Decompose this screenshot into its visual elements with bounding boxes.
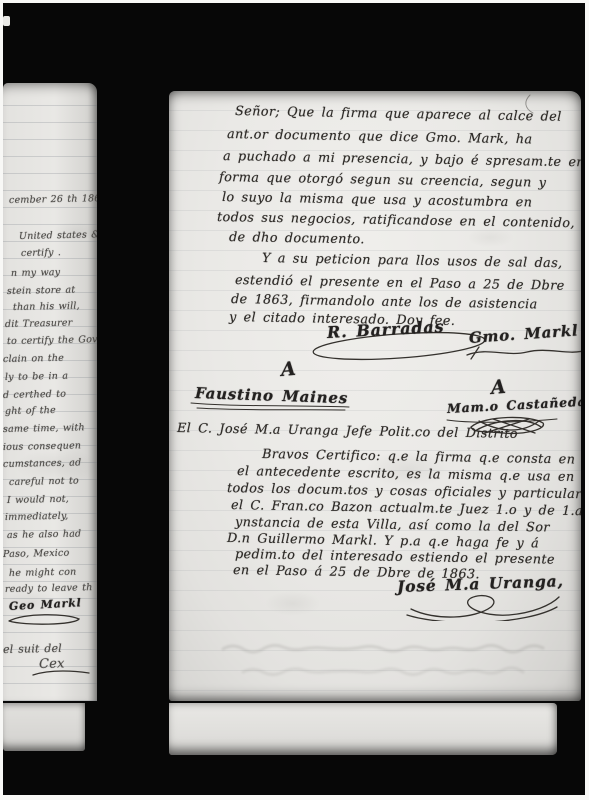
handwritten-line: el suit del	[3, 642, 62, 656]
handwritten-line: lo suyo la misma que usa y acostumbra en	[222, 190, 533, 210]
handwritten-line: same time, with	[3, 422, 85, 435]
handwritten-line: clain on the	[3, 353, 64, 365]
scanner-background: cember 26 th 1863,United states &certify…	[3, 3, 585, 795]
handwritten-line: n my way	[11, 267, 61, 279]
document-page: Señor; Que la firma que aparece al calce…	[169, 91, 581, 701]
handwritten-line: Y a su peticion para llos usos de sal da…	[262, 251, 563, 271]
handwritten-line: Señor; Que la firma que aparece al calce…	[235, 104, 562, 125]
handwritten-line: ready to leave th	[5, 582, 93, 595]
handwritten-line: de 1863, firmandolo ante los de asistenc…	[231, 292, 538, 312]
underline-castaneda	[445, 415, 560, 425]
left-page-edge: cember 26 th 1863,United states &certify…	[3, 83, 97, 701]
handwritten-line: he might con	[9, 567, 77, 579]
handwritten-line: cember 26 th 1863,	[9, 193, 97, 206]
next-page-edge	[169, 703, 557, 755]
handwritten-line: cumstances, ad	[3, 457, 81, 470]
handwritten-line: Gmo. Markl	[468, 321, 579, 347]
handwritten-line: Paso, Mexico	[3, 548, 70, 560]
handwritten-line: forma que otorgó segun su creencia, segu…	[219, 170, 547, 191]
handwritten-line: Faustino Maines	[195, 384, 349, 407]
handwritten-line: todos sus negocios, ratificandose en el …	[217, 210, 575, 231]
handwritten-line: ious consequen	[3, 440, 81, 453]
handwritten-line: than his will,	[13, 301, 80, 313]
handwritten-line: stein store at	[7, 285, 76, 297]
handwritten-line: de dho documento.	[229, 230, 365, 247]
film-notch	[3, 16, 10, 26]
handwritten-line: estendió el presente en el Paso a 25 de …	[235, 273, 565, 294]
handwritten-line: Geo Markl	[9, 596, 82, 613]
scanned-document: cember 26 th 1863,United states &certify…	[0, 0, 589, 800]
handwritten-line: I would not,	[7, 494, 69, 506]
handwritten-line: dit Treasurer	[5, 318, 73, 330]
ink-bleed-through	[241, 665, 541, 679]
ink-bleed-through	[221, 641, 561, 657]
handwritten-line: United states &	[19, 229, 97, 242]
handwritten-line: careful not to	[9, 476, 79, 488]
handwritten-line: to certify the Gov	[7, 334, 97, 347]
handwritten-line: as he also had	[7, 528, 82, 541]
handwritten-line: ant.or documento que dice Gmo. Mark, ha	[227, 127, 533, 147]
handwritten-line: ght of the	[5, 405, 56, 417]
handwritten-line: Mam.o Castañeda	[447, 394, 581, 416]
rubric-flourish-markl	[463, 345, 581, 361]
handwritten-line: immediately,	[5, 511, 69, 523]
handwritten-line: ly to be in a	[5, 371, 68, 383]
handwritten-line: A	[490, 376, 507, 399]
handwritten-line: A	[280, 358, 297, 381]
handwritten-line: a puchado a mi presencia, y bajo é spres…	[223, 149, 581, 170]
handwritten-line: Cex	[39, 656, 65, 672]
signature-flourish	[5, 611, 85, 627]
handwritten-line: El C. José M.a Uranga Jefe Polit.co del …	[177, 421, 518, 442]
handwritten-line: certify .	[21, 247, 61, 259]
handwritten-line: d certhed to	[3, 389, 66, 401]
left-page-lower-edge	[3, 703, 85, 751]
